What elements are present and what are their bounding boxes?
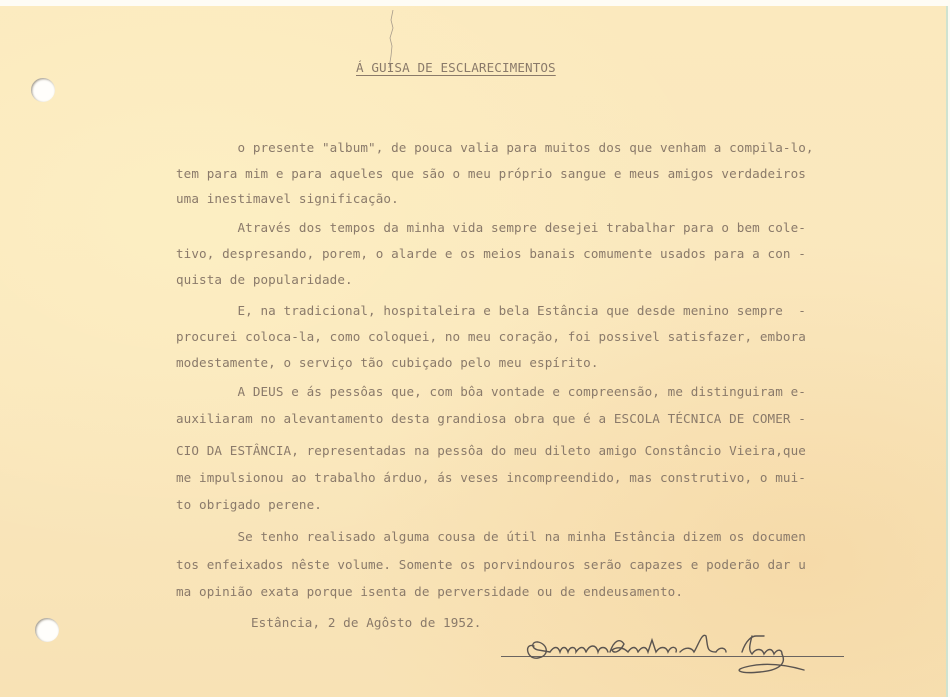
text-line: me impulsionou ao trabalho árduo, ás ves… — [176, 470, 806, 485]
text-line: Através dos tempos da minha vida sempre … — [176, 220, 806, 235]
dateline: Estância, 2 de Agôsto de 1952. — [251, 615, 481, 630]
punch-hole-top — [31, 78, 55, 102]
text-line: A DEUS e ás pessôas que, com bôa vontade… — [176, 384, 806, 399]
text-line: E, na tradicional, hospitaleira e bela E… — [176, 303, 806, 318]
text-line: uma inestimavel significação. — [176, 191, 399, 206]
handwritten-signature: Oscar Fontes de Faria — [520, 622, 850, 678]
text-line: tem para mim e para aqueles que são o me… — [176, 166, 806, 181]
text-line: ma opinião exata porque isenta de perver… — [176, 584, 683, 599]
text-line: quista de popularidade. — [176, 272, 353, 287]
page-title: Á GUISA DE ESCLARECIMENTOS — [356, 60, 556, 75]
text-line: tos enfeixados nêste volume. Somente os … — [176, 557, 806, 572]
text-line: procurei coloca-la, como coloquei, no me… — [176, 329, 806, 344]
text-line: tivo, despresando, porem, o alarde e os … — [176, 246, 806, 261]
text-line: to obrigado perene. — [176, 497, 322, 512]
text-line: auxiliaram no alevantamento desta grandi… — [176, 411, 806, 426]
text-line: CIO DA ESTÂNCIA, representadas na pessôa… — [176, 443, 806, 458]
punch-hole-bottom — [35, 618, 59, 642]
text-line: Se tenho realisado alguma cousa de útil … — [176, 529, 806, 544]
text-line: modestamente, o serviço tão cubiçado pel… — [176, 355, 599, 370]
text-line: o presente "album", de pouca valia para … — [176, 140, 814, 155]
